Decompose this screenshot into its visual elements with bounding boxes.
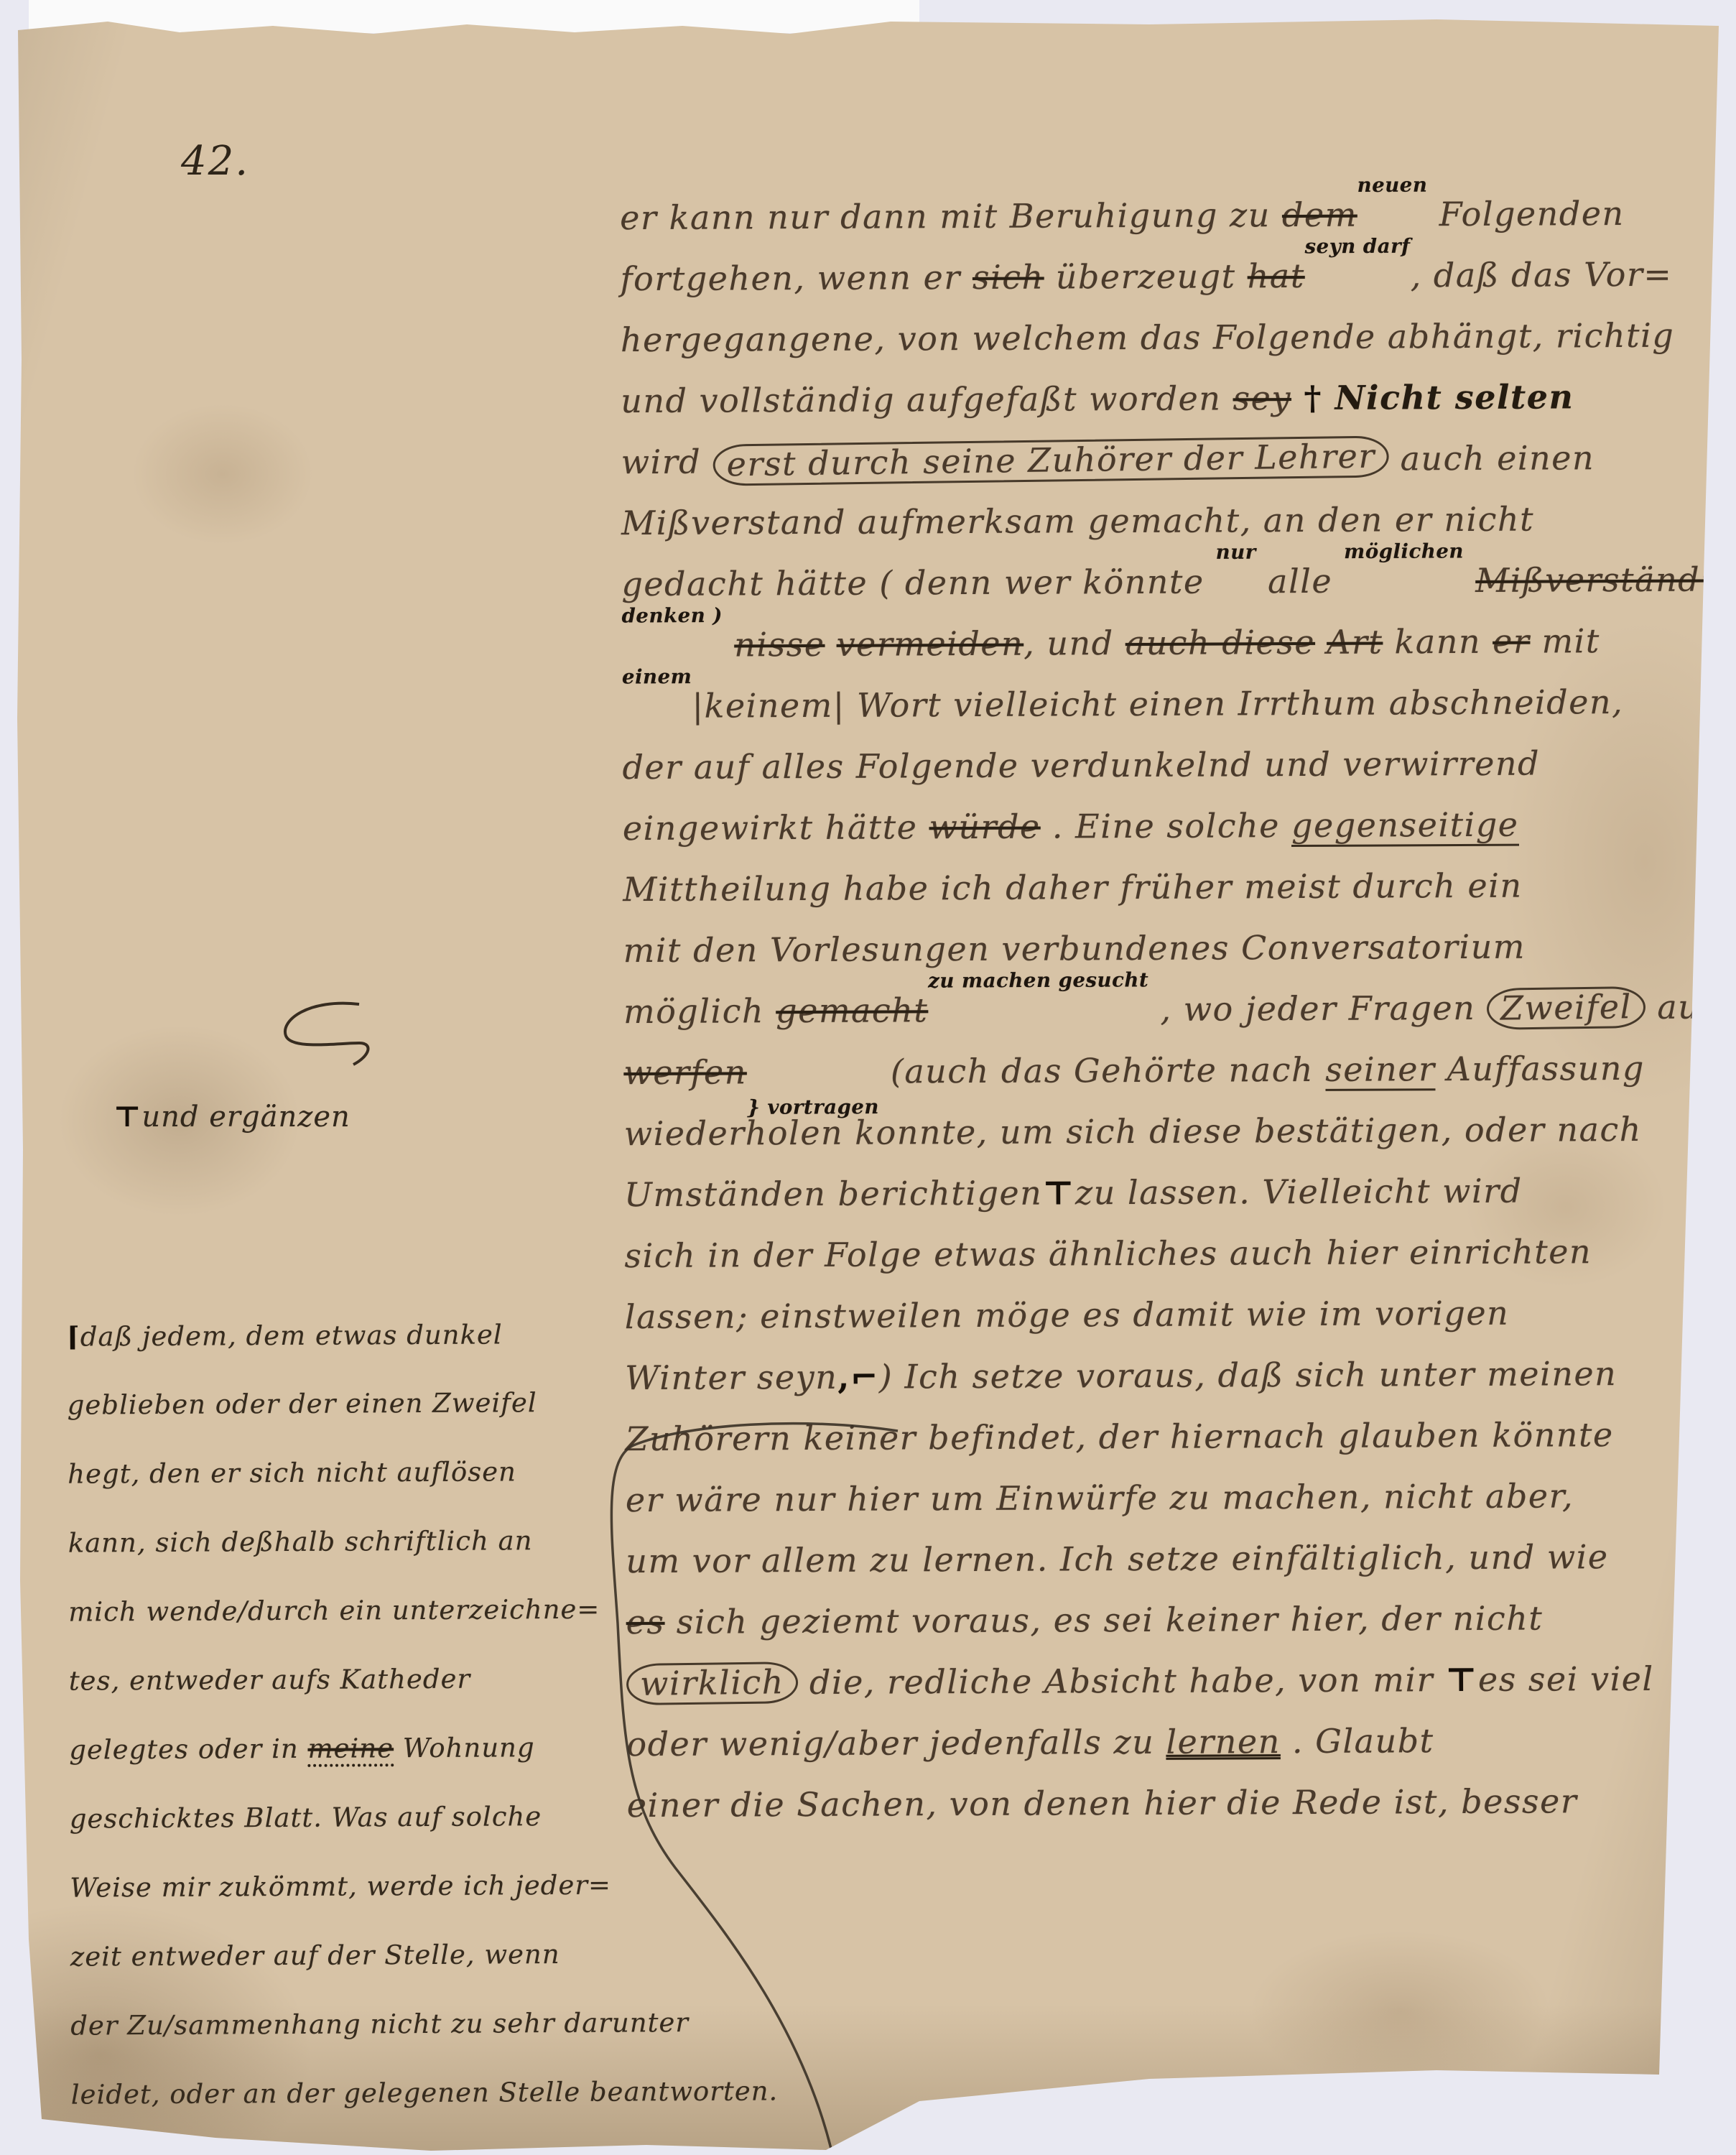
text-line: denken ) nisse vermeiden, und auch diese… (622, 611, 1649, 676)
text-line: Mittheilung habe ich daher früher meist … (623, 855, 1650, 920)
text-ins: möglichen (1344, 520, 1464, 582)
text-line: er wäre nur hier um Einwürfe zu machen, … (626, 1465, 1653, 1531)
text-mark: ⊤ (113, 1100, 141, 1134)
insertion-squiggle-icon (285, 1004, 368, 1065)
text-line: wird erst durch seine Zuhörer der Lehrer… (621, 427, 1648, 493)
text-line: er kann nur dann mit Beruhigung zu demne… (620, 183, 1647, 249)
text-stdot: meine (307, 1733, 394, 1767)
text-line: Weise mir zukömmt, werde ich jeder= (70, 1850, 777, 1922)
text-mark: † (1291, 379, 1335, 417)
text-ins: einem (622, 646, 692, 707)
text-mark: ⊤ (1042, 1173, 1075, 1212)
text: zeit entweder auf der Stelle, wenn (70, 1939, 560, 1973)
text-line: um vor allem zu lernen. Ich setze einfäl… (626, 1526, 1653, 1592)
text-ins: seyn darf (1304, 215, 1410, 277)
text: (auch das Gehörte nach (879, 1050, 1326, 1091)
text: fortgehen, wenn er (620, 258, 973, 298)
text-line: eingewirkt hätte würde . Eine solche geg… (623, 794, 1650, 859)
text-ins: nur (1215, 522, 1256, 583)
text-line: gelegtes oder in meine Wohnung (69, 1712, 776, 1784)
text-circ: Zweifel (1487, 986, 1646, 1030)
text-line: einer die Sachen, von denen hier die Red… (627, 1771, 1654, 1836)
text-line: fortgehen, wenn er sich überzeugt hatsey… (620, 244, 1647, 310)
text-u: seiner (1325, 1049, 1436, 1091)
text: Wohnung (394, 1732, 535, 1764)
manuscript-page: 42. er kann nur dann mit Beruhigung zu d… (0, 0, 1736, 2155)
text: . Eine solche (1041, 806, 1292, 846)
margin-text-column: ⌈daß jedem, dem etwas dunkelgeblieben od… (67, 1298, 779, 2129)
text: auch einen (1388, 438, 1595, 478)
text-line: hegt, den er sich nicht auflösen (68, 1436, 775, 1508)
text-line: ⌈daß jedem, dem etwas dunkel (67, 1298, 774, 1371)
text: Weise mir zukömmt, werde ich jeder= (70, 1870, 611, 1904)
text: sich in der Folge etwas ähnliches auch h… (624, 1232, 1592, 1275)
text-strike: vermeiden (837, 624, 1024, 664)
text: , wo jeder Fragen (1148, 988, 1487, 1029)
text (1315, 623, 1327, 662)
text-ins: zu machen gesucht (928, 949, 1148, 1011)
text-circ: erst durch seine Zuhörer der Lehrer (712, 435, 1389, 486)
text: sich geziemt voraus, es sei keiner hier,… (664, 1599, 1543, 1641)
text-bold: Nicht selten (1335, 377, 1574, 417)
text-line: geschicktes Blatt. Was auf solche (70, 1781, 777, 1853)
text: Folgenden (1427, 194, 1624, 233)
text-line: der Zu/sammenhang nicht zu sehr darunter (70, 1988, 778, 2060)
text: überzeugt (1044, 256, 1248, 296)
text-strike: werfen (623, 1052, 747, 1092)
text: auf= (1646, 987, 1736, 1026)
text: wird (621, 442, 713, 482)
text-line: geblieben oder der einen Zweifel (67, 1367, 774, 1440)
text-line: lassen; einstweilen möge es damit wie im… (625, 1282, 1652, 1348)
text-strike: auch diese (1125, 623, 1316, 662)
text-line: es sich geziemt voraus, es sei keiner hi… (626, 1588, 1653, 1653)
text: hergegangene, von welchem das Folgende a… (621, 316, 1675, 359)
text: es sei viel (1478, 1659, 1654, 1699)
text-line: sich in der Folge etwas ähnliches auch h… (624, 1221, 1651, 1287)
text-mark: ,⌐ (837, 1358, 879, 1396)
text: leidet, oder an der gelegenen Stelle bea… (71, 2075, 779, 2110)
text-ins: denken ) (621, 585, 723, 646)
text: hegt, den er sich nicht auflösen (68, 1456, 516, 1489)
text: kann (1383, 622, 1493, 662)
text: und ergänzen (141, 1100, 350, 1134)
text-line: kann, sich deßhalb schriftlich an (68, 1505, 775, 1577)
page-number: 42. (181, 138, 249, 185)
text: daß jedem, dem etwas dunkel (80, 1319, 503, 1352)
text-strike: würde (929, 807, 1040, 847)
text-insb: } vortragen (747, 1076, 879, 1138)
text-line: Winter seyn,⌐) Ich setze voraus, daß sic… (625, 1343, 1652, 1409)
text-mark: ⊤ (1445, 1660, 1478, 1699)
margin-note-heading: ⊤und ergänzen (113, 1092, 351, 1142)
text-strike: nisse (734, 625, 825, 664)
text-line: wirklich die, redliche Absicht habe, von… (626, 1649, 1653, 1714)
text-line: Umständen berichtigen⊤zu lassen. Viellei… (624, 1160, 1651, 1225)
text: geschicktes Blatt. Was auf solche (70, 1801, 542, 1834)
text-line: und vollständig aufgefaßt worden sey † N… (621, 366, 1648, 432)
text: tes, entweder aufs Katheder (69, 1664, 471, 1697)
text-ins: neuen (1357, 154, 1427, 215)
text-strike: Mißverständ= (1475, 560, 1729, 600)
text: . Glaubt (1281, 1721, 1434, 1761)
text: der auf alles Folgende verdunkelnd und v… (622, 744, 1540, 787)
text-strike: gemacht (776, 991, 928, 1030)
text: Umständen berichtigen (624, 1174, 1042, 1215)
text: der Zu/sammenhang nicht zu sehr darunter (70, 2007, 689, 2042)
text-line: leidet, oder an der gelegenen Stelle bea… (71, 2057, 779, 2129)
text: mich wende/durch ein unterzeichne= (68, 1594, 600, 1628)
text (825, 625, 836, 664)
text: zu lassen. Vielleicht wird (1075, 1172, 1523, 1213)
text: eingewirkt hätte (623, 807, 929, 848)
text-line: zeit entweder auf der Stelle, wenn (70, 1919, 778, 1991)
text-line: Mißverstand aufmerksam gemacht, an den e… (621, 488, 1648, 554)
text-line: der auf alles Folgende verdunkelnd und v… (622, 733, 1649, 798)
text-strike: sich (973, 258, 1044, 297)
text-mark: ⌈ (67, 1320, 80, 1352)
text-line: mich wende/durch ein unterzeichne= (68, 1574, 776, 1646)
text: , daß das Vor= (1411, 255, 1673, 295)
text: geblieben oder der einen Zweifel (68, 1387, 537, 1420)
text-uu: lernen (1166, 1722, 1281, 1761)
text: kann, sich deßhalb schriftlich an (68, 1525, 533, 1558)
text: , und (1024, 624, 1125, 663)
text: alle (1256, 562, 1345, 601)
text-strike: hat (1248, 256, 1305, 295)
text-line: werfen} vortragen (auch das Gehörte nach… (623, 1038, 1651, 1103)
text-line: gedacht hätte ( denn wer könnte nur alle… (621, 550, 1648, 615)
text: er kann nur dann mit Beruhigung zu (620, 195, 1282, 237)
text (1464, 561, 1475, 600)
text: gelegtes oder in (69, 1733, 307, 1766)
text-strike: Art (1327, 623, 1383, 662)
text (723, 625, 734, 664)
text: und vollständig aufgefaßt worden (621, 379, 1233, 420)
text-strike: er (1493, 622, 1530, 661)
text: Mittheilung habe ich daher früher meist … (623, 866, 1523, 909)
text-line: hergegangene, von welchem das Folgende a… (621, 305, 1648, 371)
text-strike: sey (1233, 379, 1291, 417)
text-line: einem|keinem| Wort vielleicht einen Irrt… (622, 672, 1649, 737)
text-line: oder wenig/aber jedenfalls zu lernen . G… (626, 1710, 1653, 1775)
text: die, redliche Absicht habe, von mir (798, 1660, 1446, 1702)
text-line: möglich gemachtzu machen gesucht , wo je… (623, 977, 1651, 1042)
scan-background: 42. er kann nur dann mit Beruhigung zu d… (0, 0, 1736, 2155)
text: mit (1530, 621, 1600, 660)
text: Auffassung (1435, 1049, 1645, 1088)
text-line: ⊤und ergänzen (113, 1092, 351, 1142)
text: ) Ich setze voraus, daß sich unter meine… (879, 1354, 1617, 1396)
text-line: tes, entweder aufs Katheder (69, 1643, 776, 1715)
text: möglich (623, 991, 776, 1031)
text: |keinem| Wort vielleicht einen Irrthum a… (692, 682, 1623, 726)
text-u: gegenseitige (1291, 805, 1519, 847)
text-line: Zuhörern keiner befindet, der hiernach g… (625, 1404, 1652, 1470)
